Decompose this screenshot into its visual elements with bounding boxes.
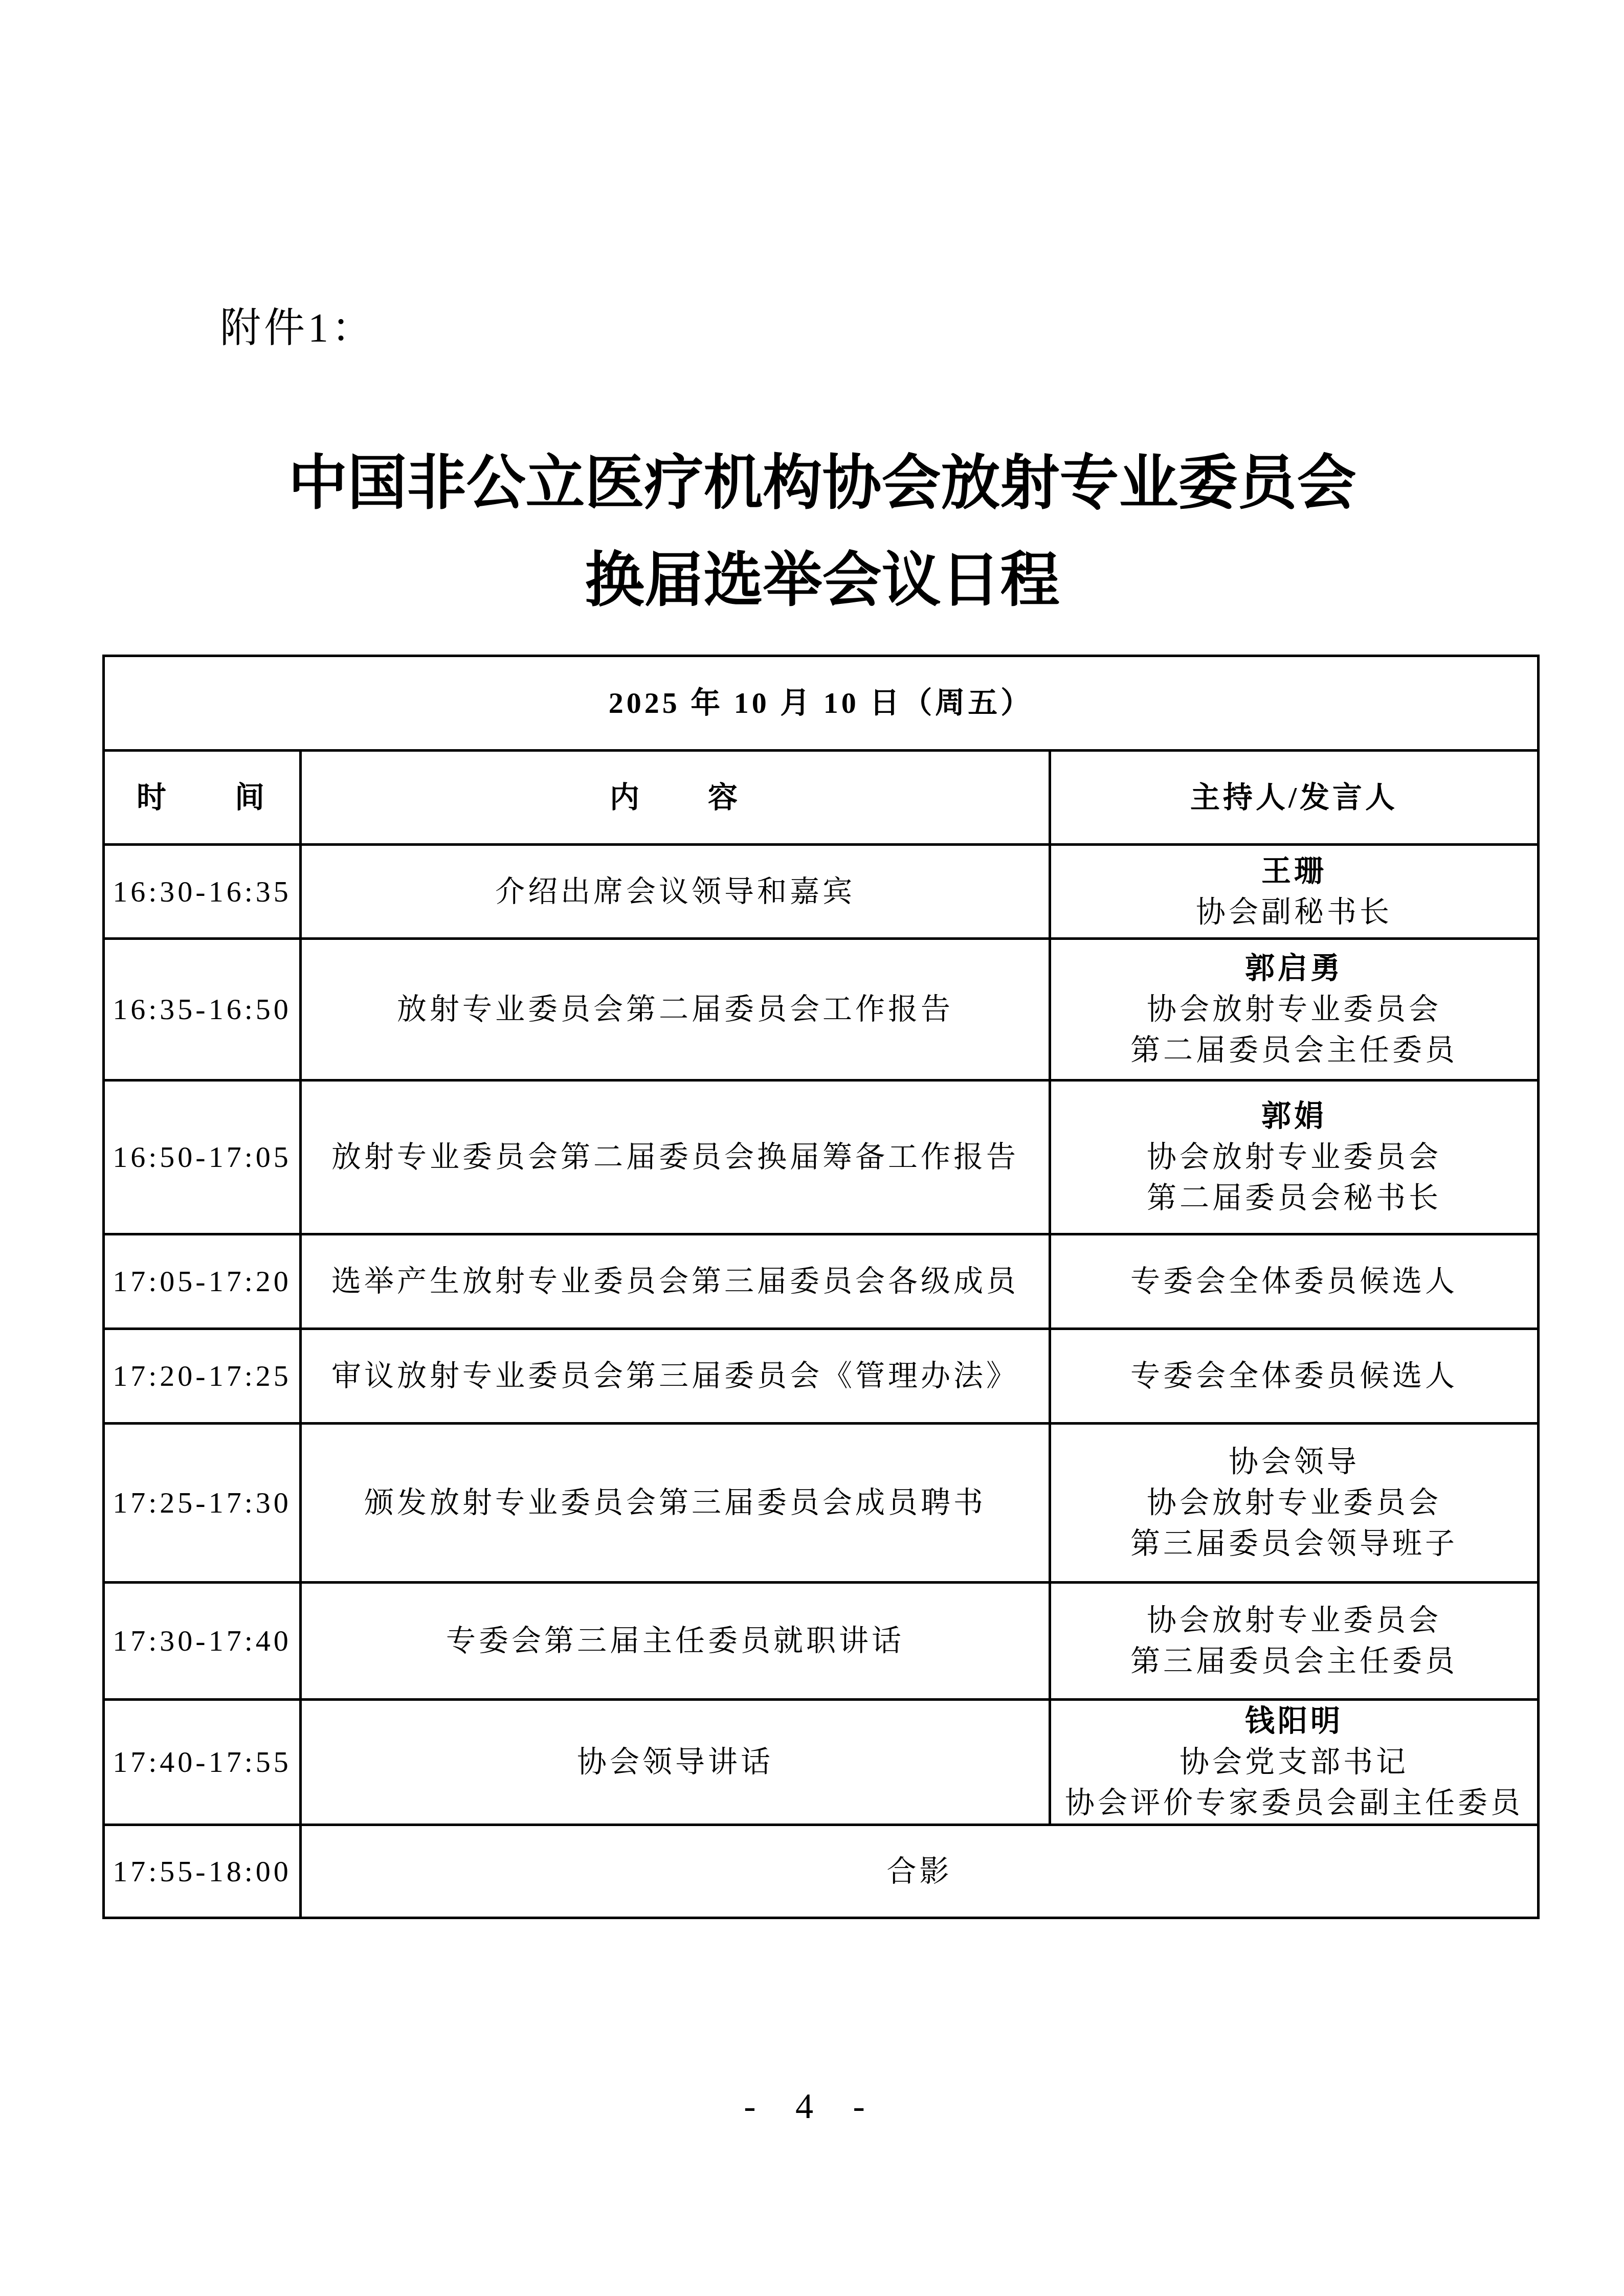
- table-row: 16:35-16:50 放射专业委员会第二届委员会工作报告 郭启勇 协会放射专业…: [104, 939, 1539, 1081]
- time-cell: 17:20-17:25: [104, 1329, 301, 1424]
- table-row: 16:30-16:35 介绍出席会议领导和嘉宾 王珊 协会副秘书长: [104, 845, 1539, 939]
- time-cell: 17:25-17:30: [104, 1424, 301, 1583]
- time-cell: 17:55-18:00: [104, 1825, 301, 1918]
- host-cell: 协会领导 协会放射专业委员会 第三届委员会领导班子: [1050, 1424, 1539, 1583]
- time-cell: 17:05-17:20: [104, 1234, 301, 1329]
- content-cell: 放射专业委员会第二届委员会换届筹备工作报告: [301, 1081, 1050, 1234]
- content-cell: 审议放射专业委员会第三届委员会《管理办法》: [301, 1329, 1050, 1424]
- time-cell: 16:35-16:50: [104, 939, 301, 1081]
- time-cell: 16:30-16:35: [104, 845, 301, 939]
- schedule-table: 2025 年 10 月 10 日（周五） 时 间 内 容 主持人/发言人 16:…: [102, 655, 1540, 1919]
- table-row: 17:20-17:25 审议放射专业委员会第三届委员会《管理办法》 专委会全体委…: [104, 1329, 1539, 1424]
- time-cell: 17:40-17:55: [104, 1700, 301, 1825]
- title-line-1: 中国非公立医疗机构协会放射专业委员会: [20, 435, 1624, 532]
- host-title: 协会评价专家委员会副主任委员: [1051, 1783, 1537, 1824]
- host-title: 第二届委员会主任委员: [1051, 1030, 1537, 1071]
- host-title: 协会放射专业委员会: [1051, 1600, 1537, 1641]
- host-cell: 钱阳明 协会党支部书记 协会评价专家委员会副主任委员: [1050, 1700, 1539, 1825]
- content-cell: 介绍出席会议领导和嘉宾: [301, 845, 1050, 939]
- column-header-content: 内 容: [301, 751, 1050, 845]
- column-header-time: 时 间: [104, 751, 301, 845]
- attachment-label: 附件1：: [220, 303, 375, 354]
- host-title: 第三届委员会领导班子: [1051, 1523, 1537, 1564]
- content-cell: 合影: [301, 1825, 1539, 1918]
- content-cell: 颁发放射专业委员会第三届委员会成员聘书: [301, 1424, 1050, 1583]
- date-row: 2025 年 10 月 10 日（周五）: [104, 656, 1539, 751]
- host-title: 专委会全体委员候选人: [1051, 1261, 1537, 1302]
- host-cell: 专委会全体委员候选人: [1050, 1234, 1539, 1329]
- time-cell: 17:30-17:40: [104, 1583, 301, 1700]
- host-name: 王珊: [1051, 851, 1537, 892]
- host-name: 郭启勇: [1051, 948, 1537, 989]
- host-cell: 王珊 协会副秘书长: [1050, 845, 1539, 939]
- host-cell: 协会放射专业委员会 第三届委员会主任委员: [1050, 1583, 1539, 1700]
- table-row: 17:40-17:55 协会领导讲话 钱阳明 协会党支部书记 协会评价专家委员会…: [104, 1700, 1539, 1825]
- content-cell: 专委会第三届主任委员就职讲话: [301, 1583, 1050, 1700]
- page-number: - 4 -: [0, 2084, 1624, 2130]
- table-row: 17:55-18:00 合影: [104, 1825, 1539, 1918]
- host-cell: 郭娟 协会放射专业委员会 第二届委员会秘书长: [1050, 1081, 1539, 1234]
- table-row: 17:30-17:40 专委会第三届主任委员就职讲话 协会放射专业委员会 第三届…: [104, 1583, 1539, 1700]
- document-title: 中国非公立医疗机构协会放射专业委员会 换届选举会议日程: [0, 435, 1624, 629]
- host-cell: 专委会全体委员候选人: [1050, 1329, 1539, 1424]
- host-title: 协会放射专业委员会: [1051, 1137, 1537, 1178]
- host-title: 第二届委员会秘书长: [1051, 1178, 1537, 1219]
- title-line-2: 换届选举会议日程: [20, 532, 1624, 629]
- host-title: 协会副秘书长: [1051, 892, 1537, 933]
- column-header-row: 时 间 内 容 主持人/发言人: [104, 751, 1539, 845]
- host-title: 协会放射专业委员会: [1051, 989, 1537, 1030]
- host-title: 第三届委员会主任委员: [1051, 1641, 1537, 1682]
- column-header-host: 主持人/发言人: [1050, 751, 1539, 845]
- host-name: 钱阳明: [1051, 1701, 1537, 1742]
- host-title: 协会党支部书记: [1051, 1742, 1537, 1783]
- host-name: 郭娟: [1051, 1096, 1537, 1137]
- table-row: 16:50-17:05 放射专业委员会第二届委员会换届筹备工作报告 郭娟 协会放…: [104, 1081, 1539, 1234]
- host-cell: 郭启勇 协会放射专业委员会 第二届委员会主任委员: [1050, 939, 1539, 1081]
- content-cell: 协会领导讲话: [301, 1700, 1050, 1825]
- time-cell: 16:50-17:05: [104, 1081, 301, 1234]
- table-row: 17:05-17:20 选举产生放射专业委员会第三届委员会各级成员 专委会全体委…: [104, 1234, 1539, 1329]
- host-title: 协会放射专业委员会: [1051, 1482, 1537, 1523]
- table-row: 17:25-17:30 颁发放射专业委员会第三届委员会成员聘书 协会领导 协会放…: [104, 1424, 1539, 1583]
- content-cell: 放射专业委员会第二届委员会工作报告: [301, 939, 1050, 1081]
- host-title: 协会领导: [1051, 1442, 1537, 1482]
- date-header: 2025 年 10 月 10 日（周五）: [104, 656, 1539, 751]
- host-title: 专委会全体委员候选人: [1051, 1356, 1537, 1397]
- content-cell: 选举产生放射专业委员会第三届委员会各级成员: [301, 1234, 1050, 1329]
